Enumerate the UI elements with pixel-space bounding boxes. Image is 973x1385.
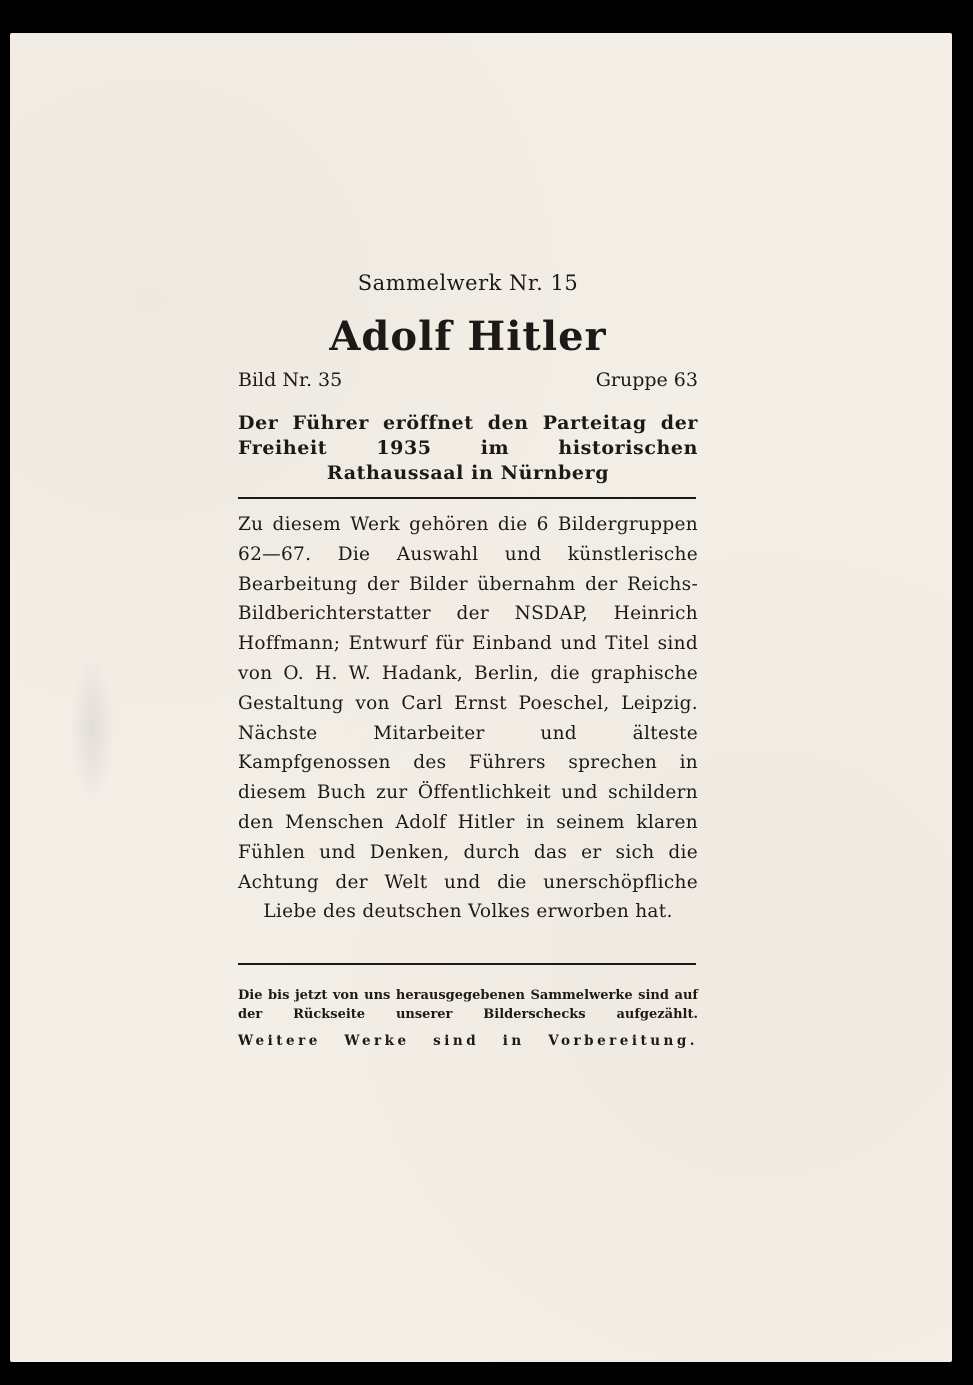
- divider-top: [238, 497, 696, 499]
- card-title: Adolf Hitler: [238, 313, 698, 360]
- footnote-collections: Die bis jetzt von uns herausgegebenen Sa…: [238, 986, 698, 1024]
- divider-bottom: [238, 963, 696, 965]
- series-number: Sammelwerk Nr. 15: [238, 271, 698, 295]
- collector-card-back: Sammelwerk Nr. 15 Adolf Hitler Bild Nr. …: [10, 33, 952, 1362]
- meta-row: Bild Nr. 35 Gruppe 63: [238, 369, 698, 391]
- picture-number: Bild Nr. 35: [238, 369, 342, 391]
- picture-caption: Der Führer eröffnet den Parteitag der Fr…: [238, 411, 698, 486]
- footnote-upcoming: Weitere Werke sind in Vorbereitung.: [238, 1033, 698, 1049]
- description-text: Zu diesem Werk gehören die 6 Bildergrupp…: [238, 510, 698, 927]
- paper-smudge: [70, 653, 115, 803]
- group-number: Gruppe 63: [596, 369, 698, 391]
